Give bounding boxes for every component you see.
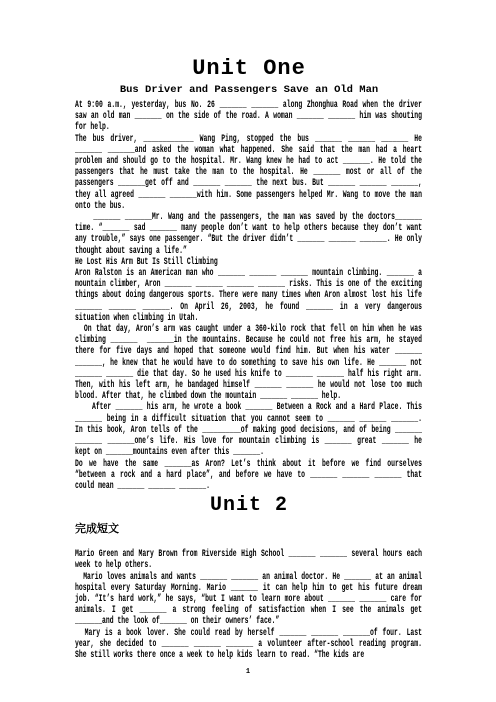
paragraph-mario-mary-intro: Mario Green and Mary Brown from Riversid…: [75, 549, 422, 571]
paragraph-mario: Mario loves animals and wants _______ __…: [75, 572, 422, 628]
page-number: 1: [0, 668, 496, 677]
paragraph-aron-accident: On that day, Aron’s arm was caught under…: [75, 324, 422, 402]
unit1-title: Unit One: [75, 56, 423, 82]
unit2-instruction-label: 完成短文: [75, 523, 423, 536]
paragraph-aron-book: After _______ his arm, he wrote a book _…: [75, 402, 422, 458]
unit2-title: Unit 2: [75, 494, 423, 518]
unit1-body: At 9:00 a.m., yesterday, bus No. 26 ____…: [75, 100, 422, 492]
unit2-body: Mario Green and Mary Brown from Riversid…: [75, 549, 422, 661]
paragraph-bus-intro: At 9:00 a.m., yesterday, bus No. 26 ____…: [75, 100, 422, 134]
paragraph-aron-question: Do we have the same _______as Aron? Let’…: [75, 459, 422, 493]
paragraph-bus-ending: _______ _______Mr. Wang and the passenge…: [75, 212, 422, 257]
document-page: Unit One Bus Driver and Passengers Save …: [0, 0, 496, 702]
paragraph-bus-driver: The bus driver, _____________ Wang Ping,…: [75, 134, 422, 212]
page-content: Unit One Bus Driver and Passengers Save …: [75, 56, 423, 661]
section-heading-lost-arm: He Lost His Arm But Is Still Climbing: [75, 257, 422, 268]
paragraph-aron-intro: Aron Ralston is an American man who ____…: [75, 268, 422, 324]
unit1-subtitle: Bus Driver and Passengers Save an Old Ma…: [75, 84, 423, 97]
paragraph-mary: Mary is a book lover. She could read by …: [75, 628, 422, 662]
